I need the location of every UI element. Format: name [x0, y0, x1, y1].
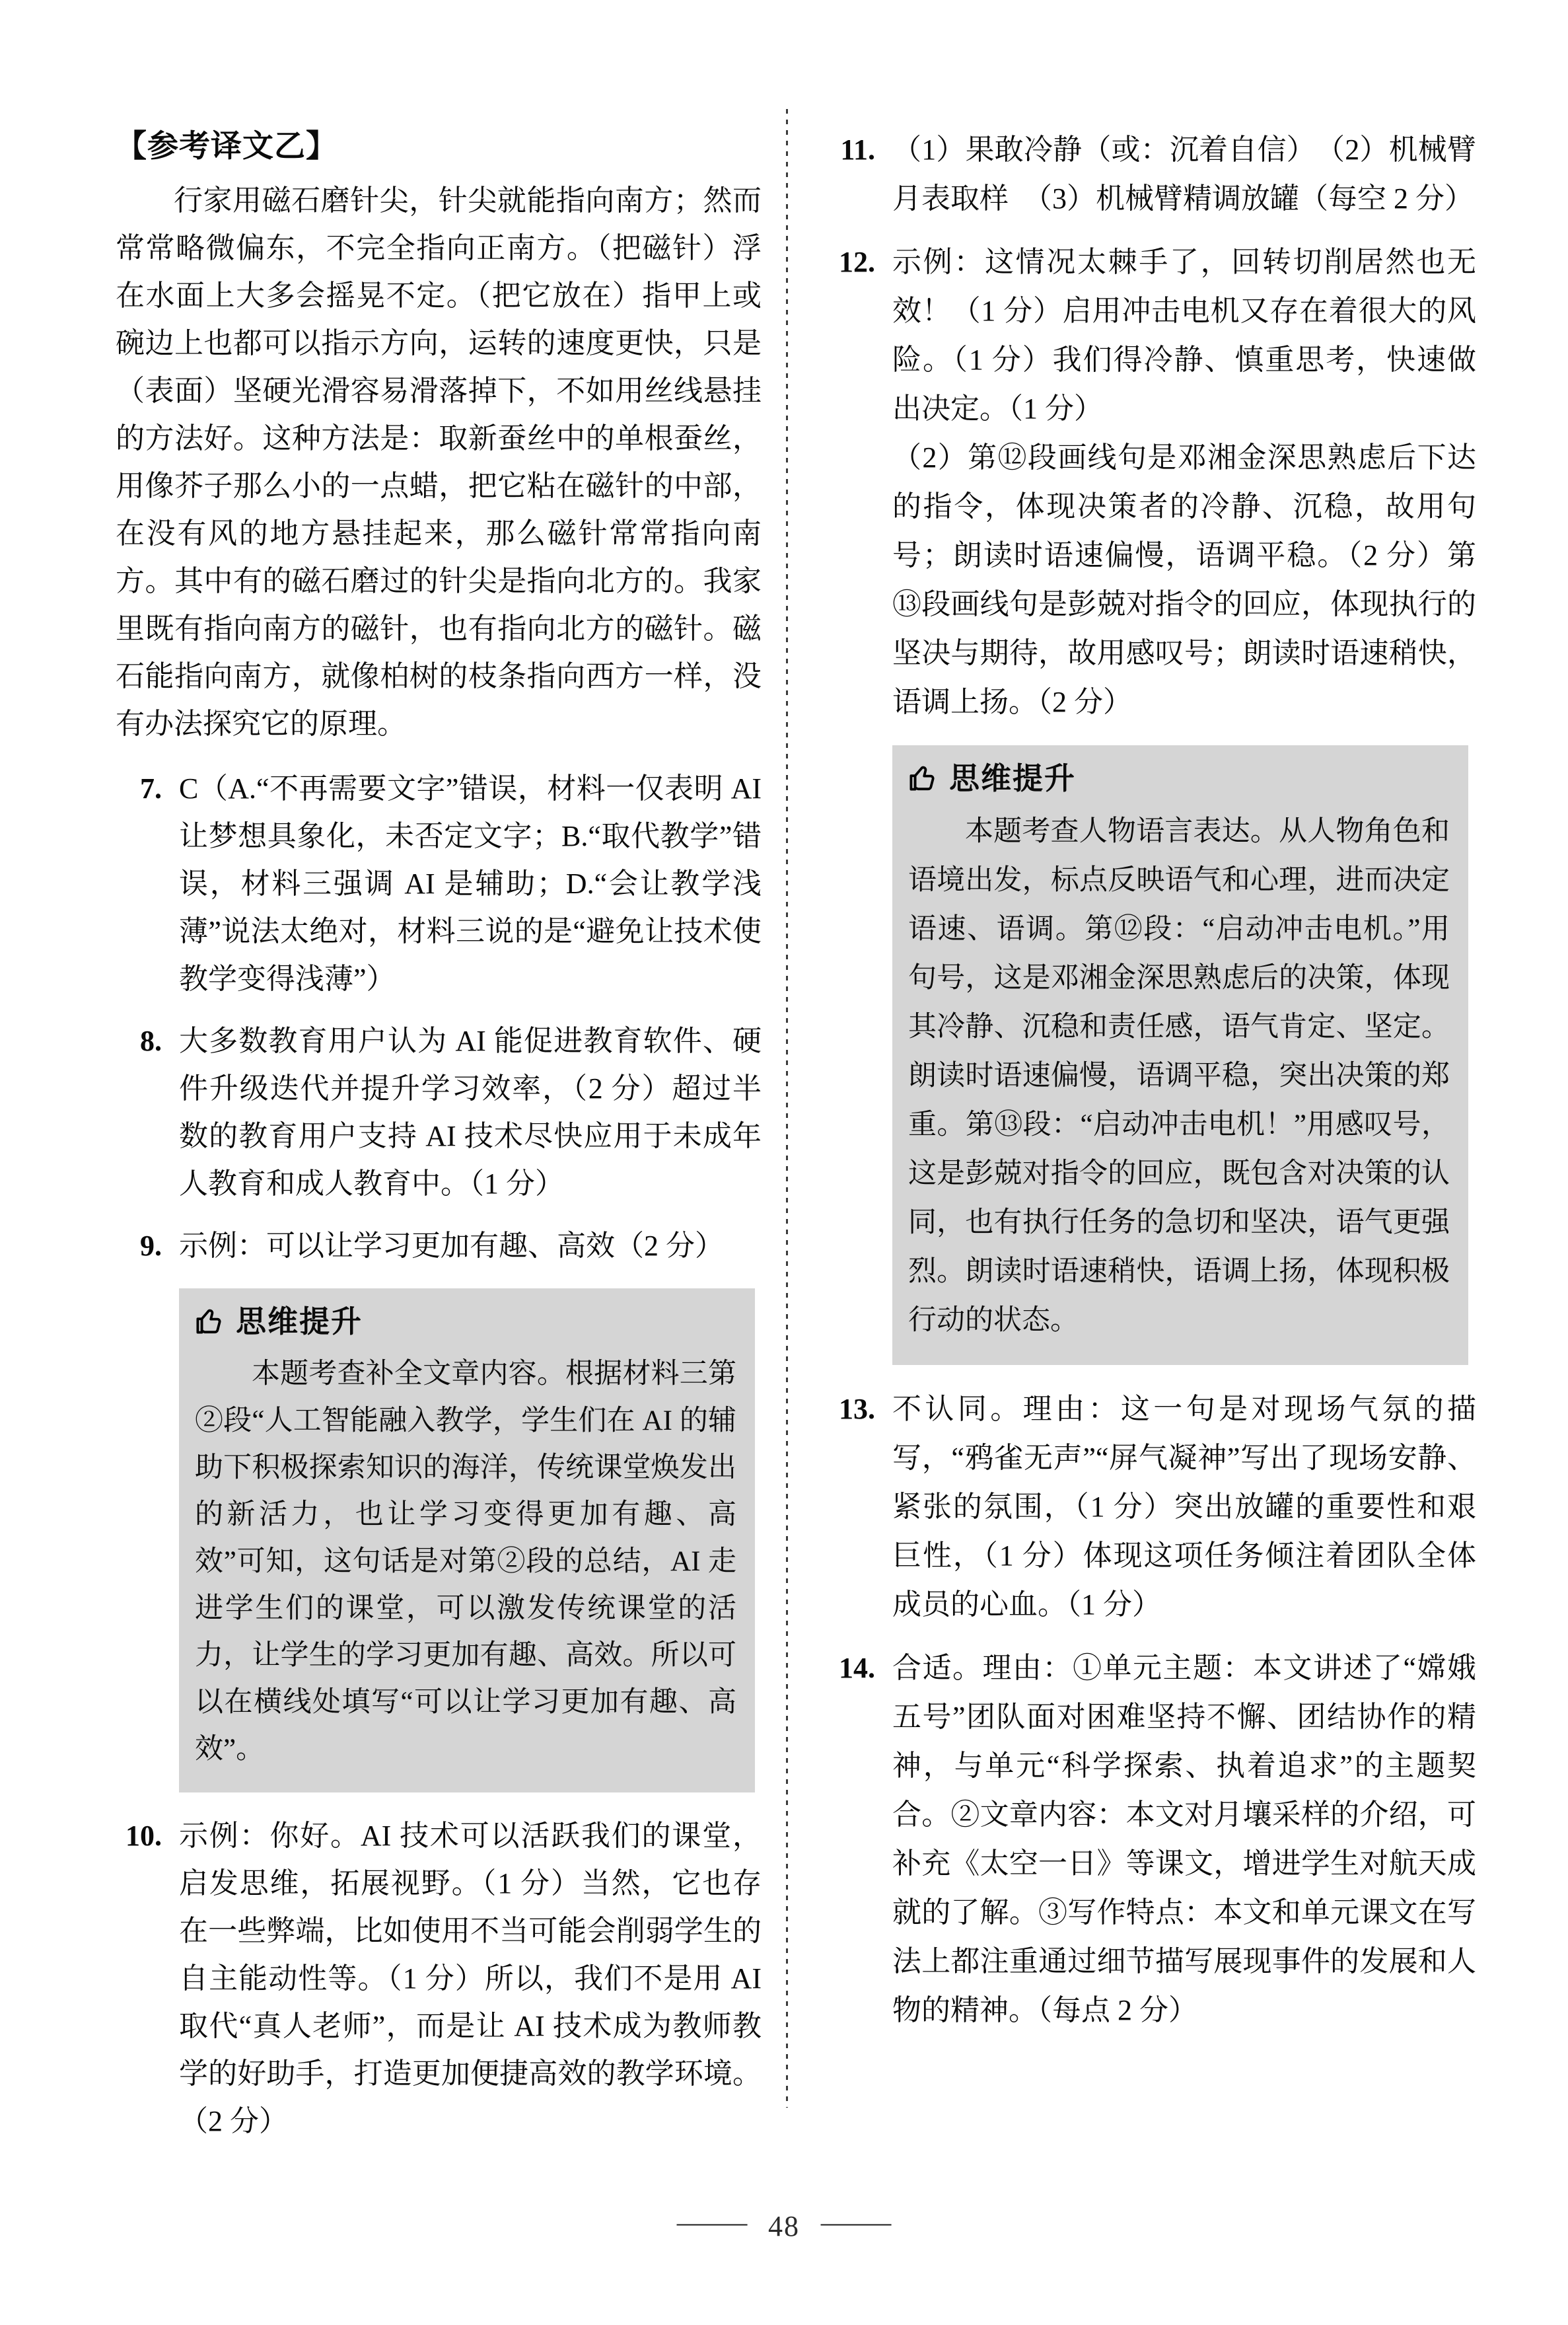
right-column: 11. （1）果敢冷静（或：沉着自信） （2）机械臂月表取样 （3）机械臂精调放… [829, 126, 1476, 2035]
question-number-12: 12. [829, 238, 875, 287]
left-column: 【参考译文乙】 行家用磁石磨针尖，针尖就能指向南方；然而常常略微偏东，不完全指向… [116, 126, 762, 2145]
question-number-7: 7. [116, 765, 162, 813]
footer-dash-left: — [677, 2205, 747, 2239]
answer-item-8: 8. 大多数教育用户认为 AI 能促进教育软件、硬件升级迭代并提升学习效率，（2… [116, 1017, 762, 1208]
question-number-13: 13. [829, 1385, 875, 1434]
thumbs-up-icon [908, 762, 940, 795]
question-number-9: 9. [116, 1222, 162, 1270]
question-number-10: 10. [116, 1812, 162, 1860]
answer-item-10: 10. 示例：你好。AI 技术可以活跃我们的课堂，启发思维，拓展视野。（1 分）… [116, 1812, 762, 2145]
answer-item-13: 13. 不认同。理由：这一句是对现场气氛的描写，“鸦雀无声”“屏气凝神”写出了现… [829, 1385, 1476, 1629]
column-divider [786, 109, 788, 2108]
tip-body: 本题考查人物语言表达。从人物角色和语境出发，标点反映语气和心理，进而决定语速、语… [908, 807, 1450, 1345]
answer-item-14: 14. 合适。理由：①单元主题：本文讲述了“嫦娥五号”团队面对困难坚持不懈、团结… [829, 1644, 1476, 2035]
question-number-14: 14. [829, 1644, 875, 1693]
answer-item-12: 12. 示例：这情况太棘手了，回转切削居然也无效！（1 分）启用冲击电机又存在着… [829, 238, 1476, 727]
answer-text-8: 大多数教育用户认为 AI 能促进教育软件、硬件升级迭代并提升学习效率，（2 分）… [179, 1017, 762, 1208]
answer-text-7: C（A.“不再需要文字”错误，材料一仅表明 AI 让梦想具象化，未否定文字；B.… [179, 765, 762, 1003]
answer-text-12-part1: 示例：这情况太棘手了，回转切削居然也无效！（1 分）启用冲击电机又存在着很大的风… [892, 238, 1476, 433]
translation-paragraph: 行家用磁石磨针尖，针尖就能指向南方；然而常常略微偏东，不完全指向正南方。（把磁针… [116, 177, 762, 748]
answer-text-14: 合适。理由：①单元主题：本文讲述了“嫦娥五号”团队面对困难坚持不懈、团结协作的精… [892, 1644, 1476, 2035]
tip-title: 思维提升 [949, 761, 1076, 795]
reference-translation-heading: 【参考译文乙】 [116, 126, 762, 166]
answer-item-7: 7. C（A.“不再需要文字”错误，材料一仅表明 AI 让梦想具象化，未否定文字… [116, 765, 762, 1003]
thinking-tip-box-right: 思维提升 本题考查人物语言表达。从人物角色和语境出发，标点反映语气和心理，进而决… [892, 745, 1468, 1365]
answer-text-9: 示例：可以让学习更加有趣、高效（2 分） [179, 1222, 762, 1270]
answer-text-13: 不认同。理由：这一句是对现场气氛的描写，“鸦雀无声”“屏气凝神”写出了现场安静、… [892, 1385, 1476, 1629]
thinking-tip-box-left: 思维提升 本题考查补全文章内容。根据材料三第②段“人工智能融入教学，学生们在 A… [179, 1288, 755, 1792]
answer-item-9: 9. 示例：可以让学习更加有趣、高效（2 分） [116, 1222, 762, 1270]
question-number-11: 11. [829, 126, 875, 174]
answer-text-12-part2: （2）第⑫段画线句是邓湘金深思熟虑后下达的指令，体现决策者的冷静、沉稳，故用句号… [892, 433, 1476, 727]
answer-text-10: 示例：你好。AI 技术可以活跃我们的课堂，启发思维，拓展视野。（1 分）当然，它… [179, 1812, 762, 2145]
tip-header: 思维提升 [908, 761, 1450, 795]
tip-header: 思维提升 [195, 1304, 736, 1339]
thumbs-up-icon [195, 1305, 227, 1338]
answer-key-page: 【参考译文乙】 行家用磁石磨针尖，针尖就能指向南方；然而常常略微偏东，不完全指向… [0, 0, 1568, 2325]
page-number: 48 [768, 2209, 800, 2243]
tip-body: 本题考查补全文章内容。根据材料三第②段“人工智能融入教学，学生们在 AI 的辅助… [195, 1350, 736, 1773]
question-number-8: 8. [116, 1017, 162, 1065]
answer-item-11: 11. （1）果敢冷静（或：沉着自信） （2）机械臂月表取样 （3）机械臂精调放… [829, 126, 1476, 223]
footer-dash-right: — [821, 2205, 891, 2239]
page-footer: — 48 — [0, 2205, 1568, 2243]
answer-text-11: （1）果敢冷静（或：沉着自信） （2）机械臂月表取样 （3）机械臂精调放罐（每空… [892, 126, 1476, 223]
tip-title: 思维提升 [236, 1304, 363, 1339]
